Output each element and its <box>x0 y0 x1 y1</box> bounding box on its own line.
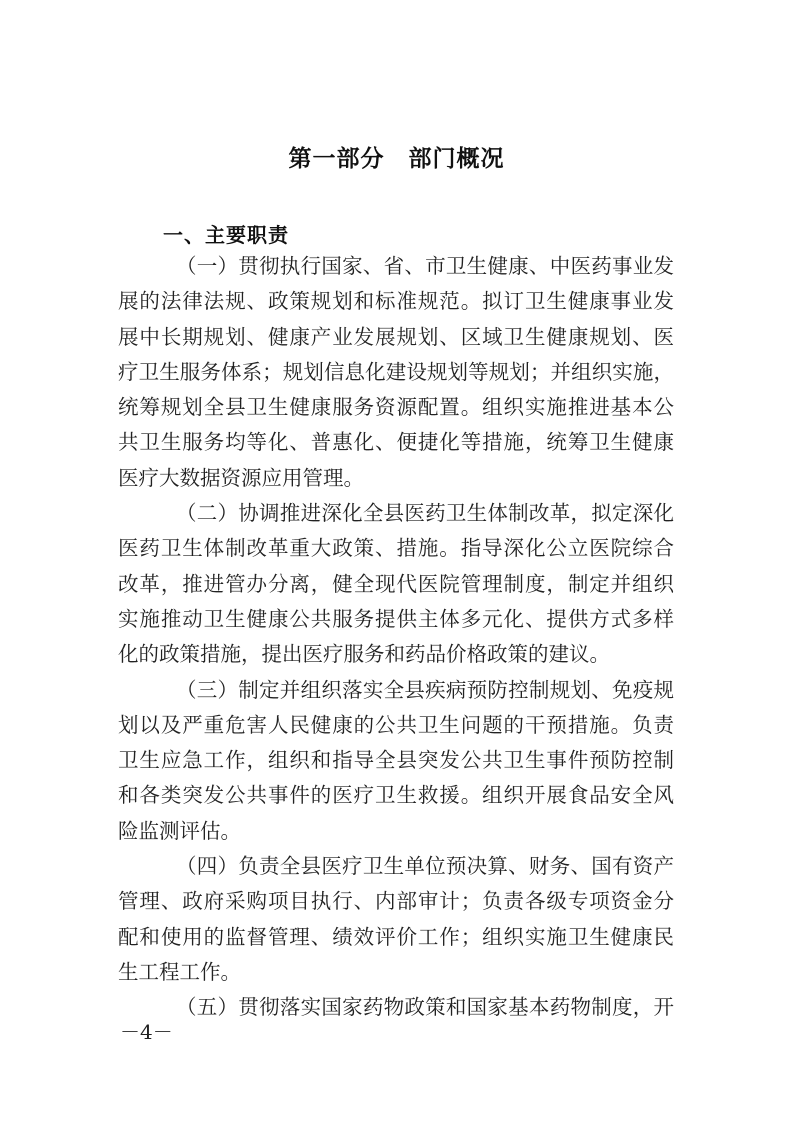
section-heading: 一、主要职责 <box>163 219 289 248</box>
paragraph-5-line-1: （五）贯彻落实国家药物政策和国家基本药物制度，开 <box>118 990 674 1025</box>
paragraph-1-line-4: 疗卫生服务体系；规划信息化建设规划等规划；并组织实施， <box>118 355 674 390</box>
paragraph-1-line-5: 统筹规划全县卫生健康服务资源配置。组织实施推进基本公 <box>118 390 674 425</box>
paragraph-1-line-7: 医疗大数据资源应用管理。 <box>118 461 674 496</box>
paragraph-3-line-5: 险监测评估。 <box>118 814 674 849</box>
paragraph-4-line-2: 管理、政府采购项目执行、内部审计；负责各级专项资金分 <box>118 884 674 919</box>
paragraph-2-line-1: （二）协调推进深化全县医药卫生体制改革，拟定深化 <box>118 496 674 531</box>
paragraph-2-line-2: 医药卫生体制改革重大政策、措施。指导深化公立医院综合 <box>118 531 674 566</box>
document-page: 第一部分 部门概况 一、主要职责 （一）贯彻执行国家、省、市卫生健康、中医药事业… <box>0 0 793 1122</box>
paragraph-3-line-1: （三）制定并组织落实全县疾病预防控制规划、免疫规 <box>118 673 674 708</box>
paragraph-3-line-3: 卫生应急工作，组织和指导全县突发公共卫生事件预防控制 <box>118 743 674 778</box>
page-number: －4－ <box>120 1016 173 1045</box>
page-title: 第一部分 部门概况 <box>0 140 793 173</box>
paragraph-2-line-5: 化的政策措施，提出医疗服务和药品价格政策的建议。 <box>118 637 674 672</box>
paragraph-4-line-3: 配和使用的监督管理、绩效评价工作；组织实施卫生健康民 <box>118 920 674 955</box>
paragraph-1-line-3: 展中长期规划、健康产业发展规划、区域卫生健康规划、医 <box>118 320 674 355</box>
paragraph-4-line-1: （四）负责全县医疗卫生单位预决算、财务、国有资产 <box>118 849 674 884</box>
document-body: （一）贯彻执行国家、省、市卫生健康、中医药事业发 展的法律法规、政策规划和标准规… <box>118 249 674 1026</box>
paragraph-2-line-4: 实施推动卫生健康公共服务提供主体多元化、提供方式多样 <box>118 602 674 637</box>
paragraph-4-line-4: 生工程工作。 <box>118 955 674 990</box>
paragraph-1-line-2: 展的法律法规、政策规划和标准规范。拟订卫生健康事业发 <box>118 284 674 319</box>
paragraph-3-line-2: 划以及严重危害人民健康的公共卫生问题的干预措施。负责 <box>118 708 674 743</box>
paragraph-1-line-1: （一）贯彻执行国家、省、市卫生健康、中医药事业发 <box>118 249 674 284</box>
paragraph-1-line-6: 共卫生服务均等化、普惠化、便捷化等措施，统筹卫生健康 <box>118 425 674 460</box>
paragraph-3-line-4: 和各类突发公共事件的医疗卫生救援。组织开展食品安全风 <box>118 778 674 813</box>
paragraph-2-line-3: 改革，推进管办分离，健全现代医院管理制度，制定并组织 <box>118 567 674 602</box>
